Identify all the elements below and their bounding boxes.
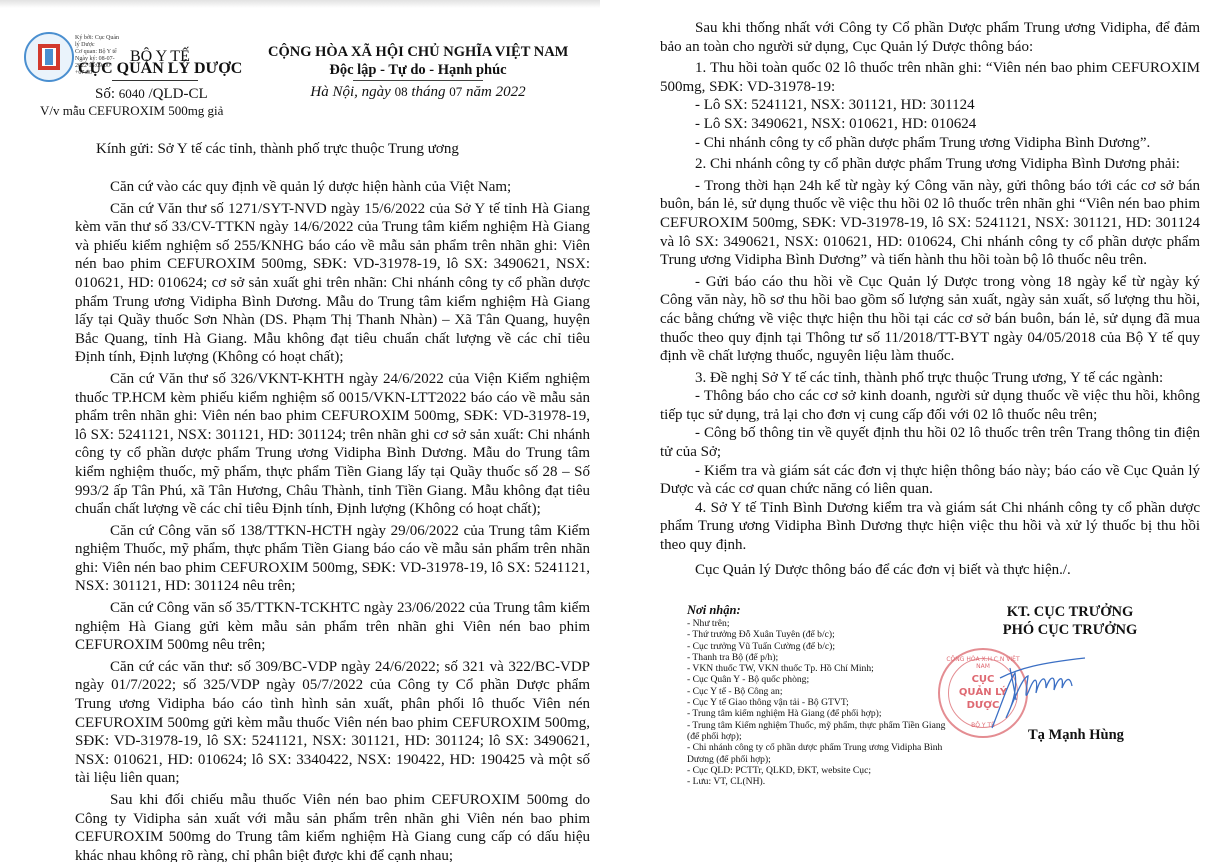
paragraph: Sau khi đối chiếu mẫu thuốc Viên nén bao… (75, 791, 590, 862)
paragraph: Căn cứ Công văn số 35/TTKN-TCKHTC ngày 2… (75, 599, 590, 655)
item-3-bullet: - Kiểm tra và giám sát các đơn vị thực h… (660, 462, 1200, 499)
recipient-item: - Cục Y tế - Bộ Công an; (687, 686, 947, 697)
motto-underline (353, 80, 483, 81)
paragraph: Căn cứ vào các quy định về quản lý dược … (75, 178, 590, 197)
item-1-bullet: - Chi nhánh công ty cổ phần dược phẩm Tr… (660, 134, 1200, 153)
recipient-item: - Thứ trưởng Đỗ Xuân Tuyên (để b/c); (687, 629, 947, 640)
recipient-item: - Chi nhánh công ty cổ phần dược phẩm Tr… (687, 742, 947, 765)
signer-title-1: KT. CỤC TRƯỞNG (940, 603, 1200, 621)
item-3-bullet: - Thông báo cho các cơ sở kinh doanh, ng… (660, 387, 1200, 424)
recipient-item: - Trung tâm Kiểm nghiệm Thuốc, mỹ phẩm, … (687, 720, 947, 743)
paragraph: Căn cứ Công văn số 138/TTKN-HCTH ngày 29… (75, 522, 590, 596)
paragraph: Căn cứ các văn thư: số 309/BC-VDP ngày 2… (75, 658, 590, 788)
item-2: 2. Chi nhánh công ty cổ phần dược phẩm T… (660, 155, 1200, 174)
department-underline (112, 80, 198, 81)
national-motto: Độc lập - Tự do - Hạnh phúc (268, 62, 568, 79)
item-4: 4. Sở Y tế Tỉnh Bình Dương kiểm tra và g… (660, 499, 1200, 555)
signer-name: Tạ Mạnh Hùng (1028, 727, 1124, 744)
recipient-item: - VKN thuốc TW, VKN thuốc Tp. Hồ Chí Min… (687, 663, 947, 674)
place-date: Hà Nội, ngày 08 tháng 07 năm 2022 (268, 84, 568, 101)
nation-title: CỘNG HÒA XÃ HỘI CHỦ NGHĨA VIỆT NAM (268, 44, 568, 61)
document-subject: V/v mẫu CEFUROXIM 500mg giả (40, 103, 223, 119)
recipient-item: - Trung tâm kiểm nghiệm Hà Giang (để phố… (687, 708, 947, 719)
recipients-list: Nơi nhận: - Như trên; - Thứ trưởng Đỗ Xu… (687, 603, 947, 787)
recipient-item: - Cục trưởng Vũ Tuấn Cường (để b/c); (687, 641, 947, 652)
document-page-2: Sau khi thống nhất với Công ty Cổ phần D… (620, 0, 1210, 862)
item-2-bullet: - Gửi báo cáo thu hồi về Cục Quản lý Dượ… (660, 273, 1200, 366)
ministry-logo-icon (24, 32, 74, 82)
item-1-bullet: - Lô SX: 3490621, NSX: 010621, HD: 01062… (660, 115, 1200, 134)
signature-block: KT. CỤC TRƯỞNG PHÓ CỤC TRƯỞNG (940, 603, 1200, 639)
document-number: Số: 6040 /QLD-CL (95, 86, 208, 103)
document-page-1: Ký bởi: Cục Quản lý Dược Cơ quan: Bộ Y t… (0, 0, 620, 862)
recipient-item: - Lưu: VT, CL(NH). (687, 776, 947, 787)
paragraph: Căn cứ Văn thư số 326/VKNT-KHTH ngày 24/… (75, 370, 590, 519)
intro-paragraph: Sau khi thống nhất với Công ty Cổ phần D… (660, 19, 1200, 56)
signer-title-2: PHÓ CỤC TRƯỞNG (940, 621, 1200, 639)
national-header: CỘNG HÒA XÃ HỘI CHỦ NGHĨA VIỆT NAM Độc l… (268, 44, 568, 101)
handwritten-signature-icon (980, 648, 1100, 738)
paragraph: Căn cứ Văn thư số 1271/SYT-NVD ngày 15/6… (75, 200, 590, 367)
recipient-item: - Thanh tra Bộ (để p/h); (687, 652, 947, 663)
item-1: 1. Thu hồi toàn quốc 02 lô thuốc trên nh… (660, 59, 1200, 96)
recipient-line: Kính gửi: Sở Y tế các tỉnh, thành phố tr… (96, 141, 459, 158)
item-2-bullet: - Trong thời hạn 24h kể từ ngày ký Công … (660, 177, 1200, 270)
recipient-item: - Cục Y tế Giao thông vận tải - Bộ GTVT; (687, 697, 947, 708)
item-1-bullet: - Lô SX: 5241121, NSX: 301121, HD: 30112… (660, 96, 1200, 115)
department-name: CỤC QUẢN LÝ DƯỢC (78, 60, 242, 78)
recipient-item: - Như trên; (687, 618, 947, 629)
recipient-item: - Cục Quân Y - Bộ quốc phòng; (687, 674, 947, 685)
closing-line: Cục Quản lý Dược thông báo để các đơn vị… (660, 561, 1200, 580)
recipients-title: Nơi nhận: (687, 603, 947, 618)
body-right: Sau khi thống nhất với Công ty Cổ phần D… (660, 19, 1200, 582)
body-left: Căn cứ vào các quy định về quản lý dược … (75, 178, 590, 862)
item-3-bullet: - Công bố thông tin về quyết định thu hồ… (660, 424, 1200, 461)
item-3: 3. Đề nghị Sở Y tế các tỉnh, thành phố t… (660, 369, 1200, 388)
recipient-item: - Cục QLD: PCTTr, QLKD, ĐKT, website Cục… (687, 765, 947, 776)
